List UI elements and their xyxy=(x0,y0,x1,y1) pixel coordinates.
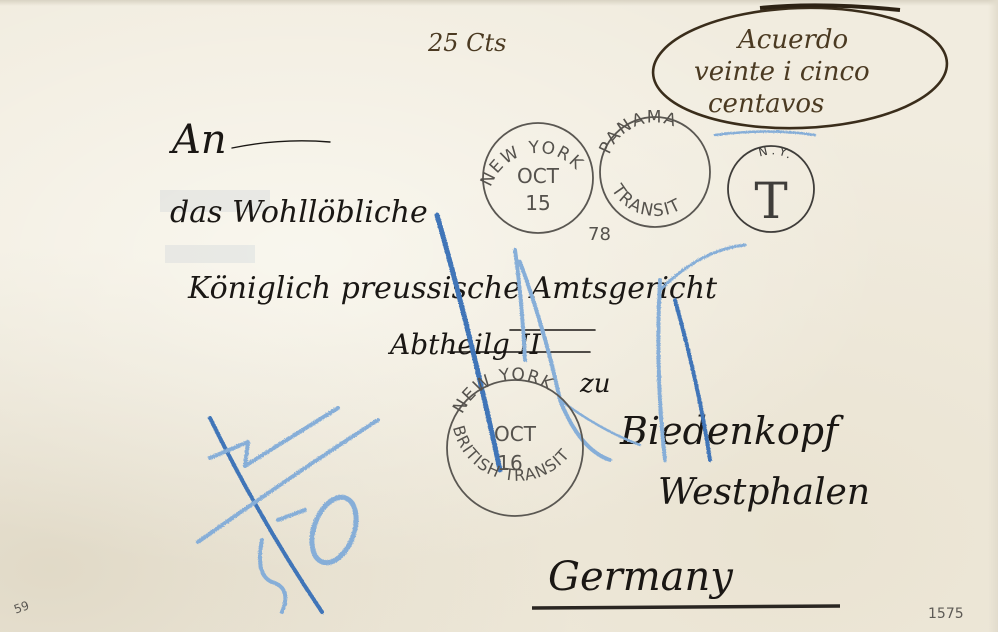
address-line-4: Abtheilg II xyxy=(387,328,542,361)
germany-underline xyxy=(532,606,840,608)
address-line-1: An xyxy=(168,117,227,163)
oval-line-1: Acuerdo xyxy=(736,25,848,55)
address-line-7: Westphalen xyxy=(658,472,870,513)
postmark-new-york-british-transit-oct-16: NEW YORK BRITISH TRANSIT OCT 16 xyxy=(447,365,583,516)
postmark-new-york-oct-15: NEW YORK OCT 15 xyxy=(477,123,593,233)
postmark-panama-transit: PANAMA TRANSIT xyxy=(596,108,710,227)
postmark-ny15-day: 15 xyxy=(525,191,550,215)
address-line-8: Germany xyxy=(548,554,734,600)
postmark-nyt-center: T xyxy=(754,172,787,230)
address-line-6: Biedenkopf xyxy=(619,409,844,453)
postmark-nyb-month: OCT xyxy=(494,422,537,446)
pencil-note-bottom-left: 59 xyxy=(12,598,31,616)
rate-figure-78: 78 xyxy=(588,224,611,245)
oval-manuscript-marking: Acuerdo veinte i cinco centavos xyxy=(651,3,949,133)
blue-crayon-50-mark xyxy=(198,408,378,612)
postmark-panama-bottom: TRANSIT xyxy=(607,180,685,221)
oval-line-2: veinte i cinco xyxy=(694,57,870,87)
postmark-ny15-month: OCT xyxy=(517,164,560,188)
address-line-2: das Wohllöbliche xyxy=(170,195,428,230)
postal-cover: 25 Cts Acuerdo veinte i cinco centavos N… xyxy=(0,0,998,632)
postmark-ny-tax-t: N.Y. T xyxy=(728,143,814,232)
pencil-note-bottom-right: 1575 xyxy=(928,606,964,622)
postmark-nyt-top: N.Y. xyxy=(757,143,797,163)
rate-note: 25 Cts xyxy=(427,29,507,57)
postmark-panama-top: PANAMA xyxy=(596,108,680,157)
oval-line-3: centavos xyxy=(708,89,824,119)
postmark-nyb-day: 16 xyxy=(497,451,522,475)
address-line-5: zu xyxy=(579,369,610,399)
cover-markings: 25 Cts Acuerdo veinte i cinco centavos N… xyxy=(0,0,998,632)
postmark-nyb-top: NEW YORK xyxy=(449,365,557,417)
